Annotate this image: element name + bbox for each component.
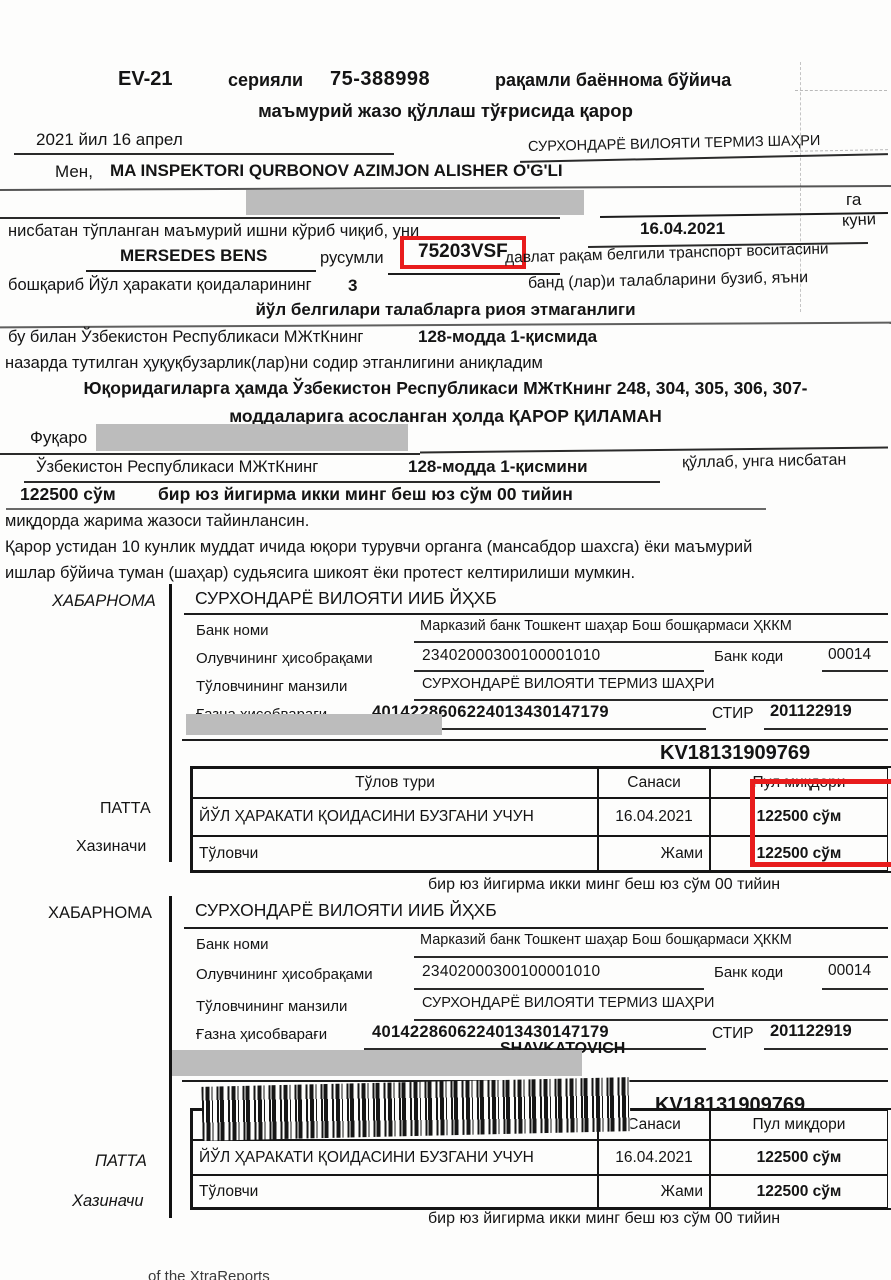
notice2-stir-value: 201122919 [770,1022,852,1041]
rusumli-label: русумли [320,249,384,268]
notice2-bank-value: Марказий банк Тошкент шаҳар Бош бошқарма… [420,932,792,948]
notice1-patta-label: ПАТТА [100,800,151,818]
rule [764,1048,888,1050]
clause-left: бошқариб Йўл ҳаракати қоидаларининг [8,276,312,295]
notice1-bank-value: Марказий банк Тошкент шаҳар Бош бошқарма… [420,618,792,634]
rule [24,481,660,483]
document-title: маъмурий жазо қўллаш тўғрисида қарор [0,100,891,122]
header-tail: рақамли баённома бўйича [495,70,731,91]
notice2-bank-code-label: Банк коди [714,964,783,981]
notice2-account-label: Олувчининг ҳисобрақами [196,966,373,983]
appeal-line2: ишлар бўйича туман (шаҳар) судьясига шик… [5,564,635,583]
notice1-bank-label: Банк номи [196,622,269,639]
rule [414,1019,888,1021]
table-cell-violation: ЙЎЛ ҲАРАКАТИ ҚОИДАСИНИ БУЗГАНИ УЧУН [192,1140,598,1175]
decision-document: EV-21 серияли 75-388998 рақамли баённома… [0,0,891,1280]
table-cell-date: 16.04.2021 [598,798,710,836]
men-prefix: Мен, [55,162,93,182]
notice1-xabarnoma-label: ХАБАРНОМА [52,592,156,611]
notice2-bank-label: Банк номи [196,936,269,953]
table-header-payment-type: Тўлов тури [192,768,598,798]
redaction-block [96,424,408,451]
notice2-xabarnoma-label: ХАБАРНОМА [48,904,152,923]
inspector-name: MA INSPEKTORI QURBONOV AZIMJON ALISHER O… [110,161,563,181]
notice1-payer-addr-label: Тўловчининг манзили [196,678,347,695]
rule [414,956,888,958]
notice1-org: СУРХОНДАРЁ ВИЛОЯТИ ИИБ ЙҲХБ [195,588,497,609]
notice1-divider [169,584,172,862]
rule [6,508,766,510]
notice2-payer-addr-label: Тўловчининг манзили [196,998,347,1015]
miqdorda-text: миқдорда жарима жазоси тайинлансин. [5,512,309,531]
region-name: СУРХОНДАРЁ ВИЛОЯТИ ТЕРМИЗ ШАҲРИ [528,133,821,155]
notice1-bank-code-label: Банк коди [714,648,783,665]
rule [520,153,888,162]
notice1-account-label: Олувчининг ҳисобрақами [196,650,373,667]
rule [414,670,704,672]
article-apply: 128-модда 1-қисмини [408,457,588,477]
redaction-block [246,190,584,215]
rule [14,153,394,155]
nazarda-text: назарда тутилган ҳуқуқбузарлик(лар)ни со… [5,354,543,373]
table-header-date: Санаси [598,768,710,798]
table-cell-total-amount: 122500 сўм [710,1175,888,1208]
rule [0,217,560,219]
table-cell-total-label: Жами [598,1175,710,1208]
rule [0,453,420,455]
notice2-patta-label: ПАТТА [95,1152,147,1171]
rule [822,988,888,990]
series-number: 75-388998 [330,68,430,91]
amount-highlight-box [750,779,891,867]
watermark-text: of the XtraReports [148,1268,448,1280]
notice2-account-value: 23402000300100001010 [422,963,600,981]
rule [86,270,316,272]
table-cell-amount: 122500 сўм [710,1140,888,1175]
table-cell-violation: ЙЎЛ ҲАРАКАТИ ҚОИДАСИНИ БУЗГАНИ УЧУН [192,798,598,836]
notice2-org: СУРХОНДАРЁ ВИЛОЯТИ ИИБ ЙҲХБ [195,900,497,921]
apply-left: Ўзбекистон Республикаси МЖтКнинг [36,458,318,477]
vehicle-tail: давлат рақам белгили транспорт воситасин… [505,240,829,267]
clause-right: банд (лар)и талабларини бузиб, яъни [528,269,808,293]
rule [184,927,888,929]
notice1-kv-number: KV18131909769 [660,742,810,765]
fine-words: бир юз йигирма икки минг беш юз сўм 00 т… [158,484,573,505]
scan-artifact-line [790,149,888,152]
redaction-block [186,714,442,735]
notice2-payer-addr-value: СУРХОНДАРЁ ВИЛОЯТИ ТЕРМИЗ ШАҲРИ [422,995,714,1011]
violation-text: йўл белгилари талабларга риоя этмаганлиг… [0,300,891,320]
notice2-stir-label: СТИР [712,1025,754,1043]
table-header-amount: Пул миқдори [710,1110,888,1140]
notice2-xazinachi-label: Хазиначи [72,1192,144,1211]
decision-date: 2021 йил 16 апрел [36,130,183,150]
appeal-line1: Қарор устидан 10 кунлик муддат ичида юқо… [5,538,752,557]
barcode [201,1077,630,1141]
notice2-bank-code-value: 00014 [828,962,871,980]
vehicle-brand: MERSEDES BENS [120,246,267,266]
fine-amount: 122500 сўм [20,484,116,505]
rule [414,988,704,990]
rule [184,613,888,615]
notice1-payer-addr-value: СУРХОНДАРЁ ВИЛОЯТИ ТЕРМИЗ ШАҲРИ [422,676,714,692]
scan-artifact-line [795,90,887,91]
article-in: 128-модда 1-қисмида [418,327,597,347]
notice1-amount-words: бир юз йигирма икки минг беш юз сўм 00 т… [428,876,780,894]
notice1-bank-code-value: 00014 [828,646,871,664]
notice1-xazinachi-label: Хазиначи [76,838,146,856]
notice1-account-value: 23402000300100001010 [422,647,600,665]
fuqaro-label: Фуқаро [30,428,87,448]
table-cell-payer: Тўловчи [192,1175,598,1208]
rule [182,739,888,741]
reviewed-text: нисбатан тўпланган маъмурий ишни кўриб ч… [8,222,419,241]
table-cell-total-label: Жами [598,836,710,871]
review-date: 16.04.2021 [640,219,725,239]
rule [764,728,888,730]
redaction-block [172,1050,582,1076]
notice2-treasury-label: Ғазна ҳисобварағи [196,1026,327,1043]
notice1-stir-value: 201122919 [770,702,852,721]
ga-suffix: га [846,190,861,210]
rule [414,641,888,643]
rule [414,699,888,701]
table-cell-date: 16.04.2021 [598,1140,710,1175]
rule [822,670,888,672]
notice2-amount-words: бир юз йигирма икки минг беш юз сўм 00 т… [428,1210,780,1228]
clause-number: 3 [348,276,357,296]
table-cell-payer: Тўловчи [192,836,598,871]
kuni-label: куни [842,210,877,231]
apply-right: қўллаб, унга нисбатан [682,452,847,473]
notice1-stir-label: СТИР [712,705,754,723]
bu-bilan-text: бу билан Ўзбекистон Республикаси МЖтКнин… [8,328,363,347]
series-label: серияли [228,70,303,91]
decision-line1: Юқоридагиларга ҳамда Ўзбекистон Республи… [0,378,891,399]
form-code: EV-21 [118,68,172,91]
